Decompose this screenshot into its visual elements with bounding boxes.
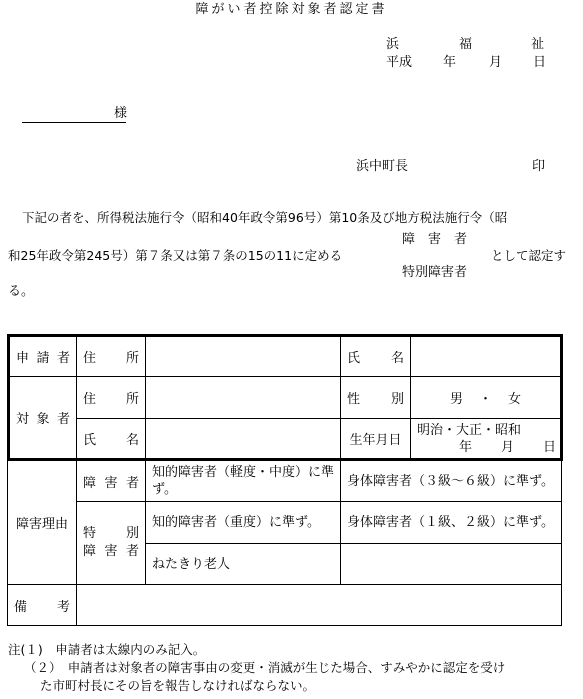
- label-char: 備: [14, 596, 27, 615]
- subject-name-label: 氏 名: [77, 419, 145, 458]
- reason-label: 障害理由: [8, 461, 76, 584]
- sex-separator: ・: [479, 388, 492, 407]
- special-disabled-label: 特 別 障 害 者: [77, 502, 145, 584]
- label-char: 者: [57, 347, 70, 366]
- birthdate-field[interactable]: 明治・大正・昭和 年 月 日: [411, 419, 560, 458]
- label-char: 氏: [347, 347, 360, 366]
- subject-label: 対 象 者: [10, 377, 76, 458]
- body-option-special: 特別障害者: [402, 265, 467, 281]
- label-char: 特: [83, 525, 96, 543]
- label-char: 性: [347, 388, 360, 407]
- applicant-address-field[interactable]: [146, 337, 340, 376]
- thick-border-right: [560, 334, 563, 461]
- birthdate-label: 生年月日: [341, 419, 410, 458]
- issuer-name: 浜中町長: [356, 159, 408, 175]
- year-label: 年: [459, 439, 472, 456]
- sex-option-female[interactable]: 女: [508, 388, 521, 407]
- body-line-3: る。: [8, 284, 34, 300]
- label-char: 所: [126, 347, 139, 366]
- birthdate-parts: 年 月 日: [411, 439, 560, 456]
- month-label: 月: [501, 439, 514, 456]
- option-bedridden[interactable]: ねたきり老人: [146, 544, 340, 584]
- applicant-label: 申 請 者: [10, 337, 76, 376]
- label-char: 害: [104, 472, 117, 491]
- body-line-2b: として認定す: [491, 248, 566, 264]
- special-label-row-2: 障 害 者: [77, 543, 145, 561]
- date-day: 日: [533, 55, 546, 71]
- subject-address-field[interactable]: [146, 377, 340, 418]
- applicant-name-label: 氏 名: [341, 337, 410, 376]
- option-intellectual-severe[interactable]: 知的障害者（重度）に準ず。: [146, 502, 340, 543]
- sex-options[interactable]: 男 ・ 女: [411, 377, 560, 418]
- day-label: 日: [543, 439, 556, 456]
- body-line-2a: 和25年政令第245号）第７条又は第７条の15の11に定める: [8, 248, 342, 264]
- issuer-ref-3: 祉: [531, 37, 544, 53]
- issuer-ref-1: 浜: [386, 37, 399, 53]
- disabled-label: 障 害 者: [77, 461, 145, 501]
- addressee-underline: [22, 122, 126, 123]
- label-char: 障: [83, 472, 96, 491]
- option-physical-mild[interactable]: 身体障害者（３級～６級）に準ず。: [341, 461, 561, 501]
- label-char: 考: [57, 596, 70, 615]
- label-char: 害: [104, 543, 117, 561]
- remarks-label: 備 考: [8, 585, 76, 625]
- label-char: 申: [16, 347, 29, 366]
- label-char: 住: [83, 388, 96, 407]
- label-char: 名: [391, 347, 404, 366]
- body-option-disabled: 障 害 者: [402, 232, 467, 248]
- label-char: 者: [126, 472, 139, 491]
- issuer-ref-2: 福: [459, 37, 472, 53]
- label-char: 象: [36, 408, 49, 427]
- era-options[interactable]: 明治・大正・昭和: [411, 422, 560, 439]
- sex-option-male[interactable]: 男: [450, 388, 463, 407]
- sex-label: 性 別: [341, 377, 410, 418]
- remarks-field[interactable]: [77, 585, 561, 625]
- border-right-lower: [561, 458, 562, 626]
- label-char: 氏: [83, 429, 96, 448]
- date-era: 平成: [386, 55, 412, 71]
- addressee-suffix: 様: [114, 106, 127, 122]
- label-char: 障: [83, 543, 96, 561]
- label-char: 請: [36, 347, 49, 366]
- label-char: 名: [126, 429, 139, 448]
- label-char: 所: [126, 388, 139, 407]
- date-year: 年: [443, 55, 456, 71]
- note-1: 注(１) 申請者は太線内のみ記入。: [8, 642, 205, 658]
- label-char: 者: [126, 543, 139, 561]
- body-line-1: 下記の者を、所得税法施行令（昭和40年政令第96号）第10条及び地方税法施行令（…: [22, 210, 507, 226]
- note-2b: た市町村長にその旨を報告しなければならない。: [40, 678, 315, 694]
- label-char: 別: [126, 525, 139, 543]
- label-char: 対: [16, 408, 29, 427]
- option-physical-severe[interactable]: 身体障害者（１級、２級）に準ず。: [341, 502, 561, 543]
- note-2a: （２） 申請者は対象者の障害事由の変更・消滅が生じた場合、すみやかに認定を受け: [24, 660, 505, 676]
- document-title: 障がい者控除対象者認定書: [0, 2, 583, 18]
- subject-address-label: 住 所: [77, 377, 145, 418]
- label-char: 住: [83, 347, 96, 366]
- date-month: 月: [489, 55, 502, 71]
- label-char: 者: [57, 408, 70, 427]
- applicant-name-field[interactable]: [411, 337, 560, 376]
- empty-cell: [341, 544, 561, 584]
- applicant-address-label: 住 所: [77, 337, 145, 376]
- special-label-row-1: 特 別: [77, 525, 145, 543]
- subject-name-field[interactable]: [146, 419, 340, 458]
- border-bottom: [7, 625, 562, 626]
- option-intellectual-mild[interactable]: 知的障害者（軽度・中度）に準ず。: [146, 461, 340, 501]
- seal-mark: 印: [532, 159, 545, 175]
- label-char: 別: [391, 388, 404, 407]
